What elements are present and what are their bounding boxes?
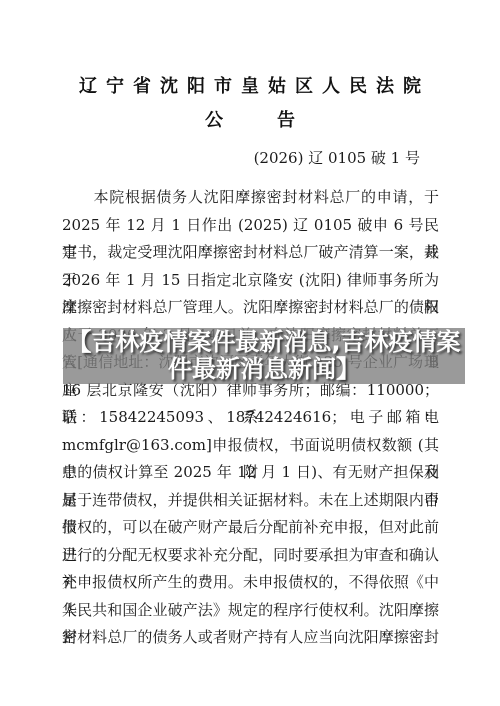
body-line: 摩擦密封材料总厂管理人。沈阳摩擦密封材料总厂的债权人 [62,294,439,322]
body-line: 定书，裁定受理沈阳摩擦密封材料总厂破产清算一案，并于 [62,239,439,267]
body-line: 话：15842245093、18742424616；电子邮箱： [62,404,439,432]
body-line: 人民共和国企业破产法》规定的程序行使权利。沈阳摩擦密 [62,597,439,625]
body-line: 充申报债权所产生的费用。未申报债权的，不得依照《中华 [62,569,439,597]
announcement-page: 辽宁省沈阳市皇姑区人民法院 公 告 (2026) 辽 0105 破 1 号 本院… [0,0,500,706]
body-line: 息的债权计算至 2025 年 12 月 1 日)、有无财产担保及是否 [62,459,439,487]
body-line: 封材料总厂的债务人或者财产持有人应当向沈阳摩擦密封 [62,624,439,652]
body-line: 2025 年 12 月 1 日作出 (2025) 辽 0105 破申 6 号民事… [62,212,439,240]
announcement-label: 公 告 [0,106,500,132]
court-name-heading: 辽宁省沈阳市皇姑区人民法院 [0,72,500,98]
overlay-line-1: 【吉林疫情案件最新消息,吉林疫情案 [67,329,460,356]
announcement-body: 本院根据债务人沈阳摩擦密封材料总厂的申请，于2025 年 12 月 1 日作出 … [62,184,439,652]
body-line: 本院根据债务人沈阳摩擦密封材料总厂的申请，于 [62,184,439,212]
body-line: mcmfglr@163.com]申报债权，书面说明债权数额 (其中附利 [62,432,439,460]
seo-overlay-banner: 【吉林疫情案件最新消息,吉林疫情案 件最新消息新闻】 [63,328,465,384]
body-line: 进行的分配无权要求补充分配，同时要承担为审查和确认补 [62,542,439,570]
body-line: 2026 年 1 月 15 日指定北京隆安 (沈阳) 律师事务所为沈阳 [62,267,439,295]
body-line: 债权的，可以在破产财产最后分配前补充申报，但对此前已 [62,514,439,542]
overlay-line-2: 件最新消息新闻】 [168,356,360,383]
body-line: 属于连带债权，并提供相关证据材料。未在上述期限内申报 [62,487,439,515]
case-number: (2026) 辽 0105 破 1 号 [254,147,420,168]
